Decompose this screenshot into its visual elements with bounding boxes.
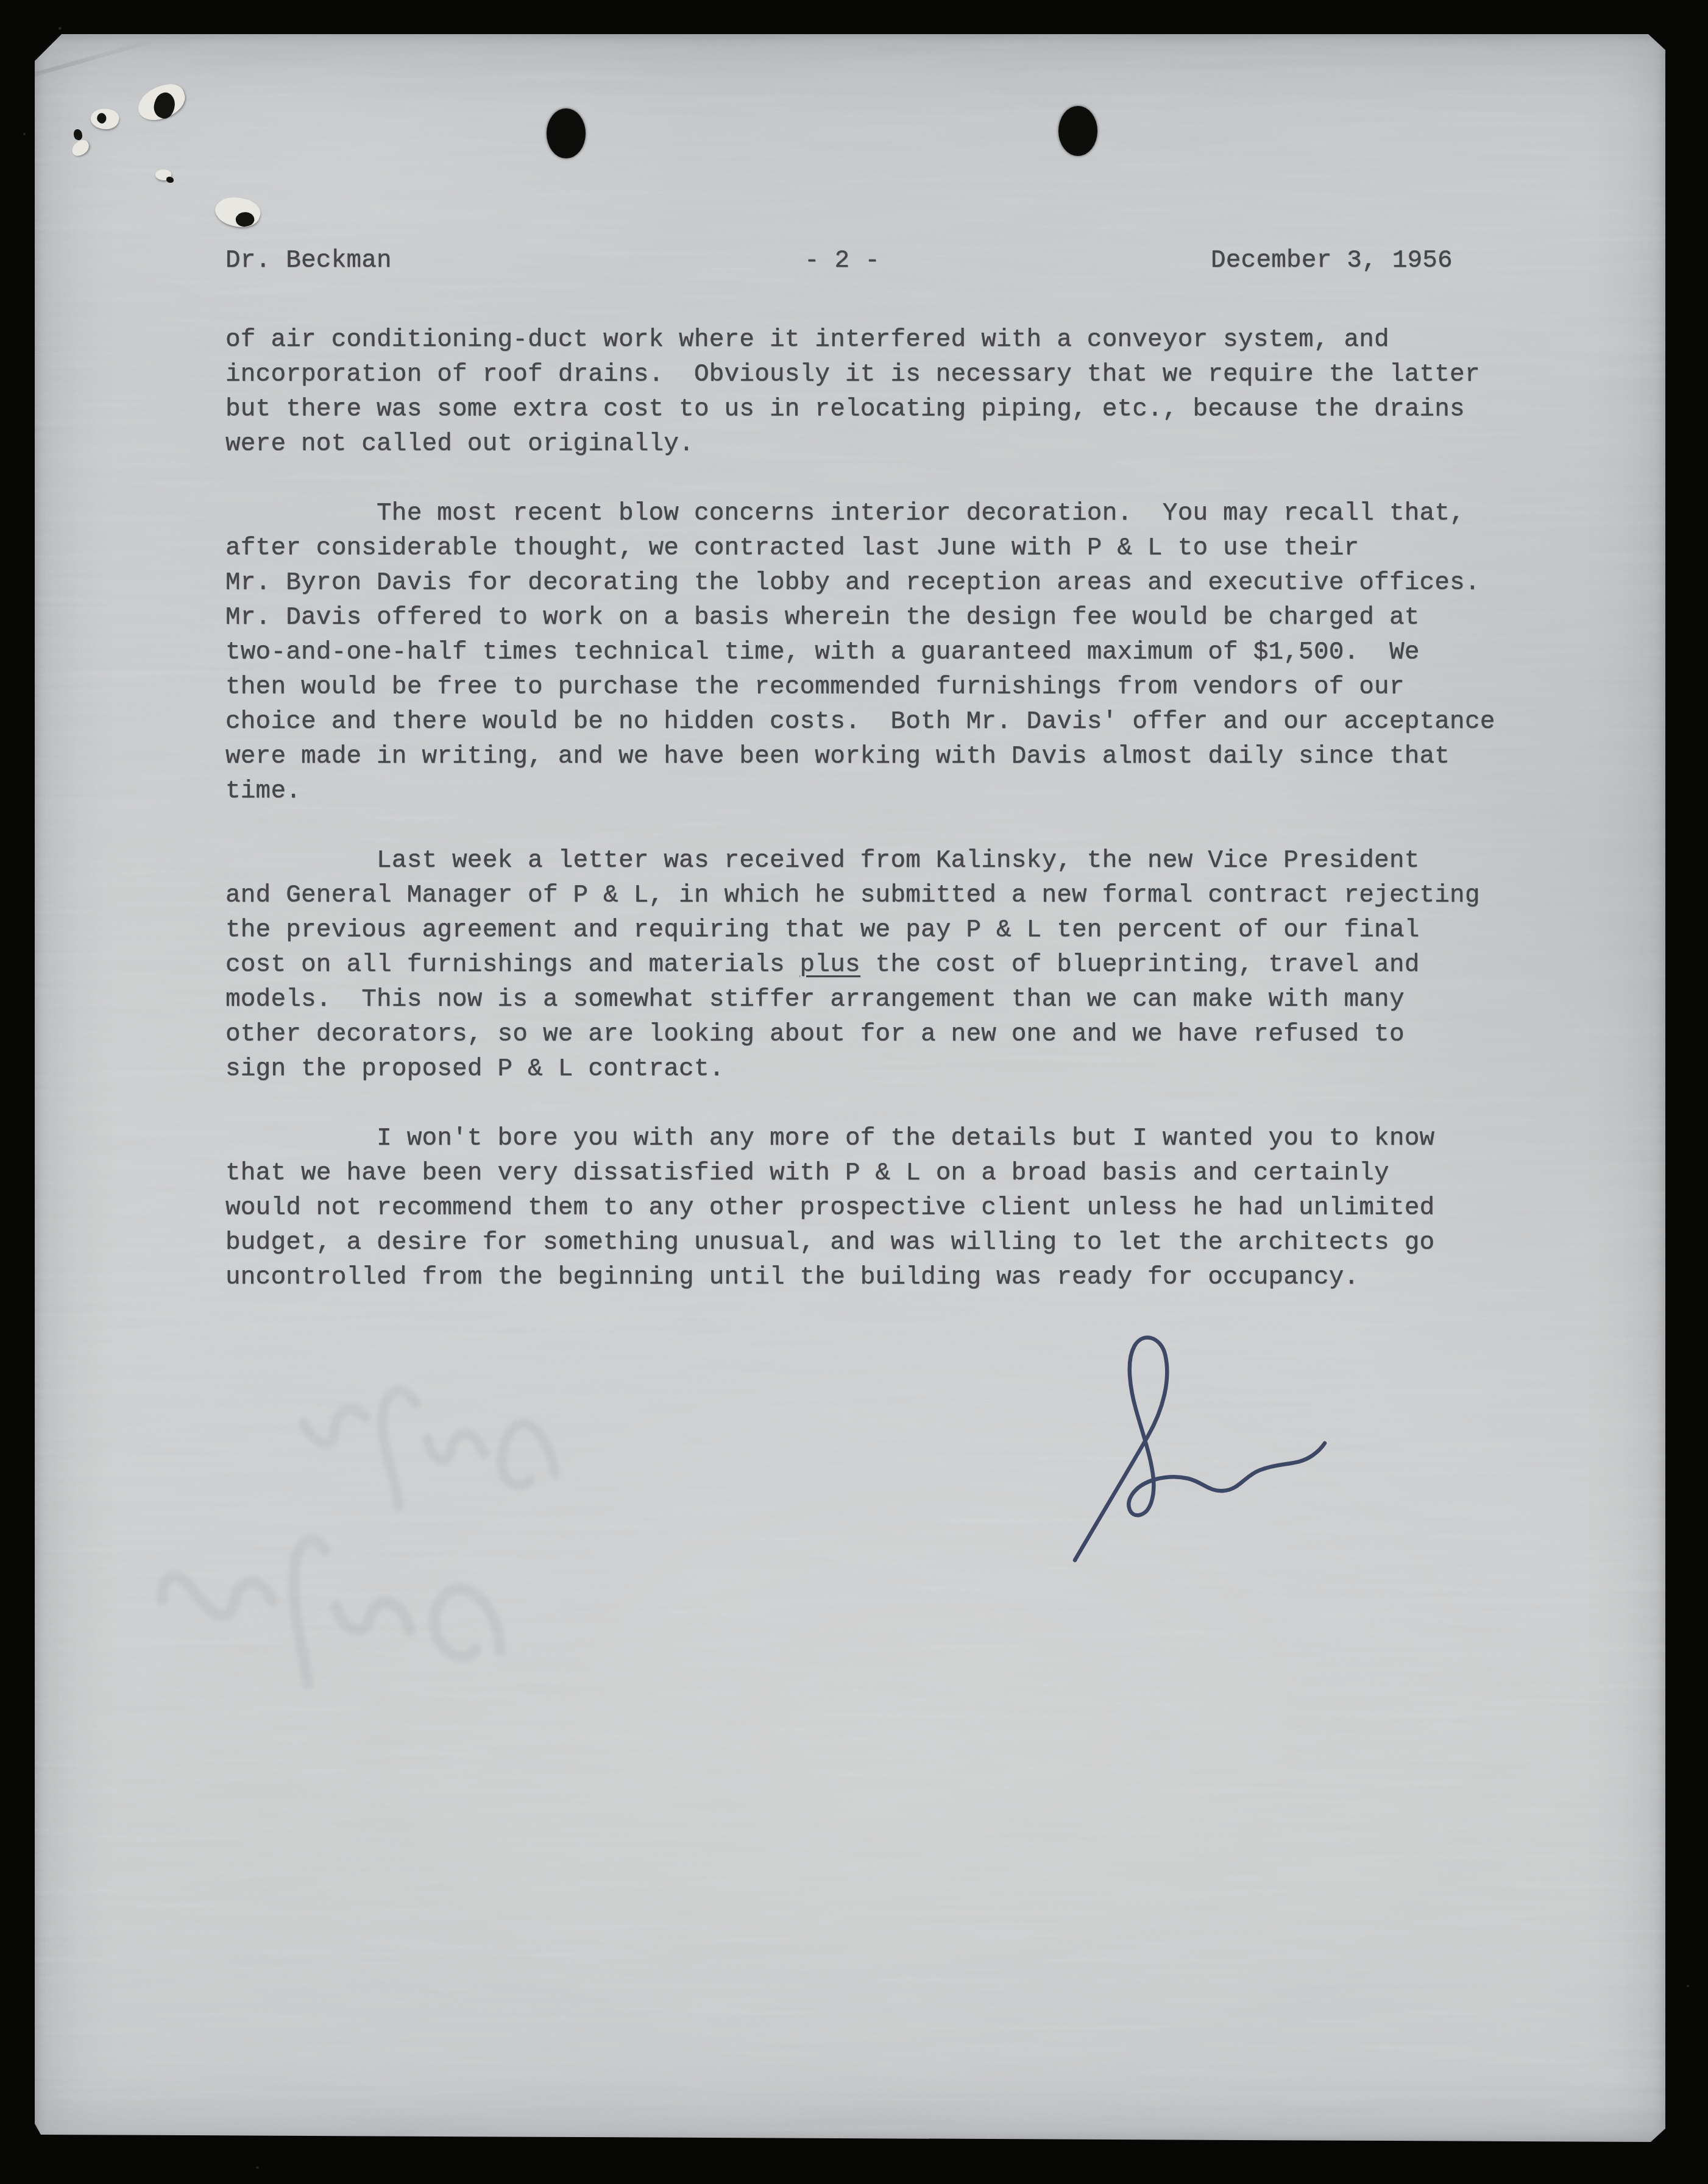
typed-line: other decorators, so we are looking abou… (225, 1017, 1708, 1052)
typed-line: cost on all furnishings and materials pl… (225, 948, 1708, 983)
typed-line: uncontrolled from the beginning until th… (225, 1260, 1708, 1295)
scanner-background: Dr. Beckman - 2 - December 3, 1956 of ai… (0, 0, 1708, 2184)
typed-line: time. (225, 774, 1708, 809)
typed-line: budget, a desire for something unusual, … (225, 1226, 1708, 1260)
paper-tear-hole (74, 129, 82, 140)
typed-line: and General Manager of P & L, in which h… (225, 878, 1708, 913)
bleedthrough-ghost-writing (266, 1332, 583, 1539)
punch-hole-left (547, 108, 586, 158)
dust-speck (23, 133, 26, 135)
blank-line (225, 1087, 1708, 1122)
dust-speck (58, 27, 62, 30)
typed-line: choice and there would be no hidden cost… (225, 705, 1708, 740)
paper-tear-hole (166, 177, 174, 183)
typed-line: the previous agreement and requiring tha… (225, 913, 1708, 948)
letter-body-text: of air conditioning-duct work where it i… (225, 323, 1708, 1295)
typed-line: that we have been very dissatisfied with… (225, 1156, 1708, 1191)
punch-hole-right (1058, 106, 1097, 156)
typed-line: then would be free to purchase the recom… (225, 670, 1708, 705)
typed-line: models. This now is a somewhat stiffer a… (225, 983, 1708, 1017)
header-date: December 3, 1956 (1211, 244, 1453, 278)
dust-speck (256, 2166, 259, 2169)
paper-tear (69, 138, 92, 158)
typed-line: of air conditioning-duct work where it i… (225, 323, 1708, 358)
signature-ink (1043, 1316, 1336, 1578)
typed-line: two-and-one-half times technical time, w… (225, 635, 1708, 670)
typed-line: were not called out originally. (225, 427, 1708, 462)
typed-line: incorporation of roof drains. Obviously … (225, 358, 1708, 392)
header-recipient: Dr. Beckman (225, 244, 392, 278)
paper-crease (0, 39, 152, 99)
typed-line: I won't bore you with any more of the de… (225, 1122, 1708, 1156)
bleedthrough-ghost-writing (132, 1484, 534, 1716)
typed-line: after considerable thought, we contracte… (225, 531, 1708, 566)
dust-speck (1687, 1985, 1689, 1987)
typed-line: but there was some extra cost to us in r… (225, 392, 1708, 427)
blank-line (225, 462, 1708, 497)
typed-line: The most recent blow concerns interior d… (225, 497, 1708, 531)
typed-line: sign the proposed P & L contract. (225, 1052, 1708, 1087)
typed-line: Last week a letter was received from Kal… (225, 844, 1708, 878)
blank-line (225, 809, 1708, 844)
typed-line: were made in writing, and we have been w… (225, 740, 1708, 774)
page-header: Dr. Beckman - 2 - December 3, 1956 (35, 244, 1708, 278)
letter-page: Dr. Beckman - 2 - December 3, 1956 of ai… (35, 34, 1665, 2142)
header-page-number: - 2 - (804, 244, 880, 278)
typed-line: Mr. Davis offered to work on a basis whe… (225, 601, 1708, 635)
paper-tear (212, 192, 263, 233)
typed-line: would not recommend them to any other pr… (225, 1191, 1708, 1226)
typed-line: Mr. Byron Davis for decorating the lobby… (225, 566, 1708, 601)
